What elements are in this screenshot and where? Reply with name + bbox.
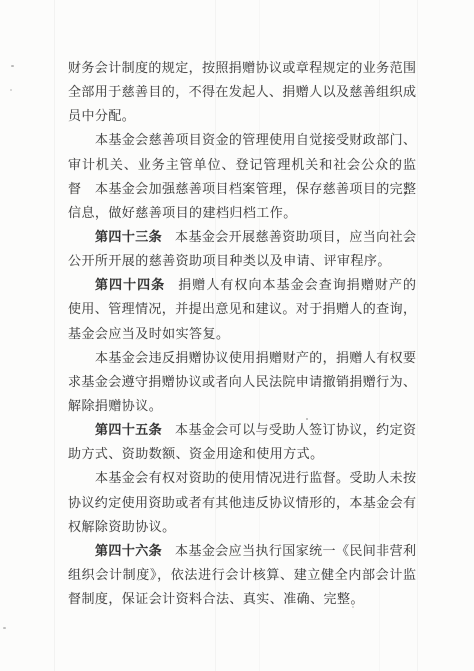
line-text: 本基金会开展慈善资助项目，应当向社会 — [175, 230, 416, 245]
text-line: 使用、管理情况，并提出意见和建议。对于捐赠人的查询， — [68, 298, 416, 322]
text-line: 组织会计制度》，依法进行会计核算、建立健全内部会计监 — [68, 564, 416, 588]
scanned-document-page: 财务会计制度的规定，按照捐赠协议或章程规定的业务范围全部用于慈善目的，不得在发起… — [0, 0, 474, 671]
text-line: 基金会应当及时如实答复。 — [68, 323, 416, 347]
text-line: 本基金会有权对资助的使用情况进行监督。受助人未按 — [68, 467, 416, 491]
scan-speck — [3, 627, 6, 629]
text-line: 全部用于慈善目的，不得在发起人、捐赠人以及慈善组织成 — [68, 81, 416, 105]
article-heading-line: 第四十三条本基金会开展慈善资助项目，应当向社会 — [68, 226, 416, 250]
text-line: 财务会计制度的规定，按照捐赠协议或章程规定的业务范围 — [68, 57, 416, 81]
scan-artifact-line — [417, 0, 418, 671]
article-number: 第四十五条 — [95, 423, 162, 438]
line-text: 捐赠人有权向本基金会查询捐赠财产的 — [178, 278, 416, 293]
line-text: 本基金会应当执行国家统一《民间非营利 — [175, 544, 416, 559]
text-line: 督制度，保证会计资料合法、真实、准确、完整。 — [68, 588, 416, 612]
text-line: 解除捐赠协议。 — [68, 395, 416, 419]
text-line: 信息，做好慈善项目的建档归档工作。 — [68, 202, 416, 226]
text-line: 本基金会违反捐赠协议使用捐赠财产的，捐赠人有权要 — [68, 347, 416, 371]
article-number: 第四十四条 — [95, 278, 165, 293]
text-line: 审计机关、业务主管单位、登记管理机关和社会公众的监督， — [68, 154, 416, 178]
text-line: 员中分配。 — [68, 105, 416, 129]
article-heading-line: 第四十五条本基金会可以与受助人签订协议，约定资 — [68, 419, 416, 443]
text-line: 本基金会加强慈善项目档案管理，保存慈善项目的完整 — [68, 178, 416, 202]
text-line: 协议约定使用资助或者有其他违反协议情形的，本基金会有 — [68, 492, 416, 516]
article-heading-line: 第四十四条捐赠人有权向本基金会查询捐赠财产的 — [68, 274, 416, 298]
text-line: 本基金会慈善项目资金的管理使用自觉接受财政部门、 — [68, 129, 416, 153]
article-number: 第四十三条 — [95, 230, 162, 245]
text-line: 助方式、资助数额、资金用途和使用方式。 — [68, 443, 416, 467]
article-heading-line: 第四十六条本基金会应当执行国家统一《民间非营利 — [68, 540, 416, 564]
text-line: 公开所开展的慈善资助项目种类以及申请、评审程序。 — [68, 250, 416, 274]
text-line: 权解除资助协议。 — [68, 516, 416, 540]
document-text-block: 财务会计制度的规定，按照捐赠协议或章程规定的业务范围全部用于慈善目的，不得在发起… — [68, 57, 416, 612]
scan-artifact-line — [54, 0, 55, 671]
scan-speck — [10, 89, 12, 91]
line-text: 本基金会可以与受助人签订协议，约定资 — [175, 423, 416, 438]
article-number: 第四十六条 — [95, 544, 162, 559]
scan-speck — [11, 65, 14, 67]
text-line: 求基金会遵守捐赠协议或者向人民法院申请撤销捐赠行为、 — [68, 371, 416, 395]
